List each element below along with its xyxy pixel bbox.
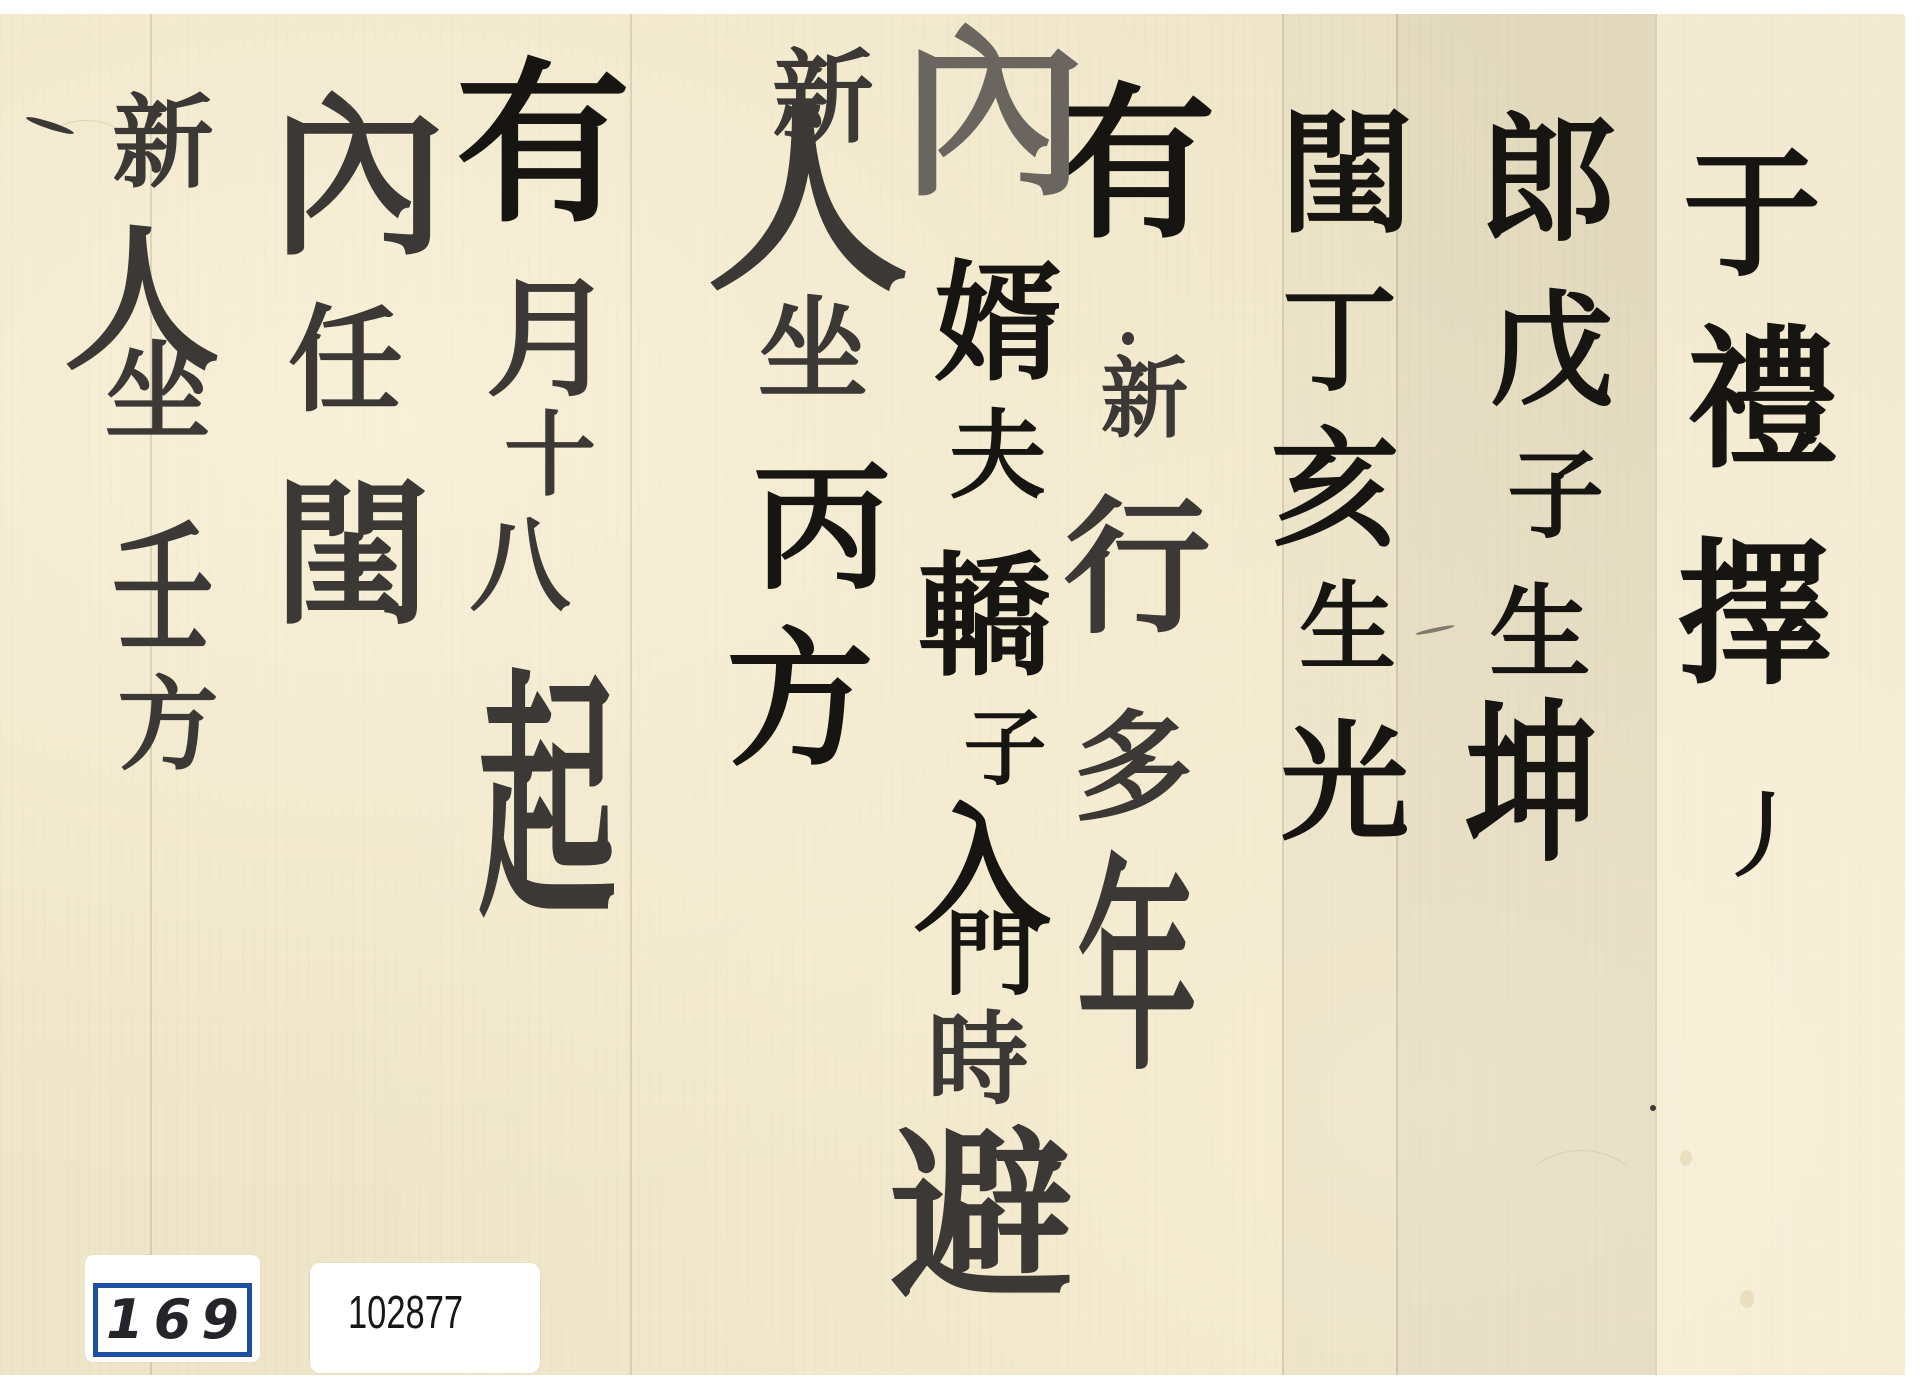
ink-dot [1650,1105,1656,1111]
calligraphy-char: 夫 [945,403,1050,508]
calligraphy-char: 子 [960,703,1050,793]
calligraphy-char: 新 [1097,351,1192,446]
calligraphy-char: 月 [480,270,620,410]
calligraphy-char: 新 [108,88,218,198]
calligraphy-char: 坐 [100,335,215,450]
calligraphy-char: 丿 [1712,786,1812,886]
calligraphy-char: 八 [465,511,575,621]
calligraphy-char: 行 [1057,488,1217,648]
calligraphy-char: 郎 [1473,105,1623,255]
calligraphy-char: 丙 [747,453,897,603]
calligraphy-char: 閨 [1274,102,1419,247]
calligraphy-char: 婿 [928,254,1068,394]
calligraphy-char: 禮 [1680,317,1845,482]
calligraphy-char: 壬 [108,513,218,667]
calligraphy-char: 丁 [1277,278,1402,403]
calligraphy-char: 門 [940,904,1040,1004]
paper-crease [1655,14,1657,1375]
calligraphy-char: 生 [1485,578,1595,688]
calligraphy-char: 轎 [912,545,1057,690]
calligraphy-char: 坐 [753,290,873,410]
calligraphy-char: 年 [1072,847,1202,1094]
calligraphy-char: 多 [1068,703,1198,833]
calligraphy-char: 閨 [267,469,437,639]
paper-fiber [1520,1150,1642,1242]
calligraphy-char: 時 [923,1005,1033,1115]
calligraphy-char: 于 [1677,140,1827,290]
paper-stain [1680,1150,1692,1166]
calligraphy-char: 戊 [1484,284,1619,419]
catalog-number: 102877 [348,1289,463,1335]
ink-dot [1122,332,1134,345]
calligraphy-char: 擇 [1670,529,1840,699]
calligraphy-char: 起 [472,658,622,943]
sequence-number-box: 169 [93,1283,252,1357]
calligraphy-char: 人 [698,90,918,310]
calligraphy-char: 亥 [1265,420,1405,560]
calligraphy-char: 任 [283,298,408,423]
calligraphy-char: 有 [448,50,638,240]
calligraphy-char: 內 [263,83,453,273]
calligraphy-char: 內 [893,14,1093,214]
calligraphy-char: 光 [1275,714,1415,854]
calligraphy-char: 十 [500,405,600,505]
calligraphy-char: 方 [113,670,223,780]
calligraphy-char: 方 [720,620,880,780]
document-scan: 于 禮 擇 丿 郎 戊 子 生 坤 閨 丁 亥 生 光 有 新 行 多 年 內 … [0,0,1920,1386]
calligraphy-char: 避 [882,1116,1082,1316]
calligraphy-char: 子 [1503,443,1608,548]
calligraphy-char: 生 [1295,575,1400,680]
calligraphy-char: 坤 [1459,691,1604,880]
paper-stain [1740,1290,1754,1308]
sequence-number: 169 [106,1293,249,1347]
